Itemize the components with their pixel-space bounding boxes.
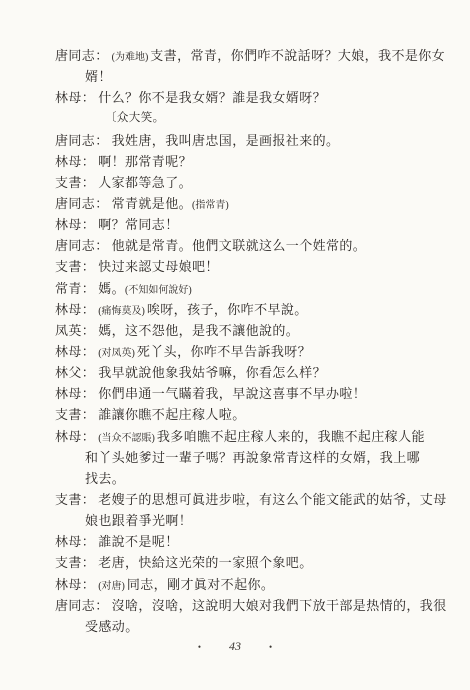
page-number: 43 (229, 639, 241, 654)
speaker-label: 林母： (55, 386, 95, 401)
dialogue-line: 唐同志：沒啥，沒啥，这說明大娘对我們下放干部是热情的，我很 (55, 595, 450, 616)
dialogue-line: 林母：啊？常同志！ (55, 214, 450, 235)
speech-text: 我姓唐，我叫唐忠国，是画报社来的。 (112, 133, 340, 148)
speech-text: 我多咱瞧不起庄稼人来的，我瞧不起庄稼人能 (157, 429, 425, 444)
dialogue-line: 唐同志：常青就是他。(指常青) (55, 193, 450, 214)
speech-text: 死丫头，你咋不早告訴我呀？ (137, 344, 311, 359)
speech-text: 常青就是他。 (112, 196, 192, 211)
stage-direction: (指常青) (192, 200, 229, 211)
speaker-label: 支書： (55, 492, 95, 507)
speaker-label: 唐同志： (55, 598, 109, 613)
speaker-label: 林母： (55, 577, 95, 592)
speaker-label: 支書： (55, 259, 95, 274)
dialogue-line: 支書：老嫂子的思想可眞进步啦，有这么个能文能武的姑爷，丈母 (55, 489, 450, 510)
speech-text: 啊？常同志！ (98, 217, 178, 232)
speech-text: 老唐，快給这光荣的一家照个象吧。 (98, 555, 312, 570)
dialogue-line: 林母：什么？你不是我女婿？誰是我女婿呀？ (55, 87, 450, 108)
stage-direction: (痛悔莫及) (98, 306, 145, 317)
stage-direction: (对凤英) (98, 348, 135, 359)
dialogue-line: 支書：人家都等急了。 (55, 172, 450, 193)
speech-text: 誰說不是呢！ (98, 534, 178, 549)
speech-text: 支書，常青，你們咋不說話呀？大娘，我不是你女 (150, 48, 445, 63)
dialogue-line: 林母：你們串通一气瞞着我，早說这喜事不早办啦！ (55, 383, 450, 404)
dialogue-line: 和丫头她爹过一輩子嗎？再說象常青这样的女婿，我上哪 (55, 447, 450, 468)
speech-text: 他就是常青。他們文联就这么一个姓常的。 (112, 238, 367, 253)
speech-text: 人家都等急了。 (98, 175, 192, 190)
dialogue-line: 娘也跟着爭光啊！ (55, 510, 450, 531)
dialogue-line: 林母：(对唐)同志，剛才眞对不起你。 (55, 574, 450, 595)
speaker-label: 唐同志： (55, 48, 109, 63)
dialogue-line: 支書：老唐，快給这光荣的一家照个象吧。 (55, 552, 450, 573)
speech-text: 媽，这不怨他，是我不讓他說的。 (98, 323, 299, 338)
speaker-label: 林母： (55, 344, 95, 359)
speaker-label: 支書： (55, 555, 95, 570)
dialogue-line: 林母：(当众不認賬)我多咱瞧不起庄稼人来的，我瞧不起庄稼人能 (55, 426, 450, 447)
speech-text: 和丫头她爹过一輩子嗎？再說象常青这样的女婿，我上哪 (85, 450, 420, 465)
speaker-label: 常青： (55, 281, 95, 296)
speech-text: 啊！那常青呢？ (98, 154, 192, 169)
speech-text: 老嫂子的思想可眞进步啦，有这么个能文能武的姑爷，丈母 (98, 492, 446, 507)
speech-text: 〔众大笑。 (105, 112, 165, 124)
dialogue-line: 林父：我早就說他象我姑爷嘛，你看怎么样？ (55, 362, 450, 383)
speaker-label: 林母： (55, 90, 95, 105)
dialogue-line: 受感动。 (55, 616, 450, 637)
speaker-label: 林母： (55, 429, 95, 444)
dialogue-line: 婿！ (55, 66, 450, 87)
speaker-label: 支書： (55, 407, 95, 422)
speech-text: 娘也跟着爭光啊！ (85, 513, 192, 528)
dialogue-line: 找去。 (55, 468, 450, 489)
dialogue-line: 凤英：媽，这不怨他，是我不讓他說的。 (55, 320, 450, 341)
speech-text: 你們串通一气瞞着我，早說这喜事不早办啦！ (98, 386, 366, 401)
dialogue-line: 林母：(对凤英)死丫头，你咋不早告訴我呀？ (55, 341, 450, 362)
speaker-label: 凤英： (55, 323, 95, 338)
page-footer: • 43 • (0, 639, 470, 654)
dialogue-line: 唐同志：他就是常青。他們文联就这么一个姓常的。 (55, 235, 450, 256)
dialogue-line: 唐同志：(为难地)支書，常青，你們咋不說話呀？大娘，我不是你女 (55, 45, 450, 66)
speech-text: 我早就說他象我姑爷嘛，你看怎么样？ (98, 365, 326, 380)
speaker-label: 唐同志： (55, 238, 109, 253)
speech-text: 找去。 (85, 471, 125, 486)
speech-text: 同志，剛才眞对不起你。 (127, 577, 274, 592)
speaker-label: 林母： (55, 154, 95, 169)
stage-direction: (为难地) (112, 52, 149, 63)
stage-direction: (当众不認賬) (98, 433, 155, 444)
speech-text: 唉呀，孩子，你咋不早說。 (147, 302, 308, 317)
speaker-label: 唐同志： (55, 196, 109, 211)
footer-dot-left: • (198, 642, 201, 652)
dialogue-line: 唐同志：我姓唐，我叫唐忠国，是画报社来的。 (55, 130, 450, 151)
script-page: 唐同志：(为难地)支書，常青，你們咋不說話呀？大娘，我不是你女婿！林母：什么？你… (0, 0, 470, 690)
speech-text: 沒啥，沒啥，这說明大娘对我們下放干部是热情的，我很 (112, 598, 447, 613)
dialogue-line: 〔众大笑。 (55, 108, 450, 129)
speaker-label: 林母： (55, 534, 95, 549)
speaker-label: 支書： (55, 175, 95, 190)
stage-direction: (不知如何說好) (125, 285, 192, 296)
speaker-label: 唐同志： (55, 133, 109, 148)
dialogue-line: 林母：(痛悔莫及)唉呀，孩子，你咋不早說。 (55, 299, 450, 320)
dialogue-line: 支書：誰讓你瞧不起庄稼人啦。 (55, 404, 450, 425)
speech-text: 快过来認丈母娘吧！ (98, 259, 219, 274)
dialogue-lines: 唐同志：(为难地)支書，常青，你們咋不說話呀？大娘，我不是你女婿！林母：什么？你… (55, 45, 450, 637)
speech-text: 婿！ (85, 69, 112, 84)
dialogue-line: 林母：誰說不是呢！ (55, 531, 450, 552)
stage-direction: (对唐) (98, 581, 125, 592)
speaker-label: 林母： (55, 217, 95, 232)
footer-dot-right: • (269, 642, 272, 652)
speech-text: 受感动。 (85, 619, 139, 634)
speech-text: 什么？你不是我女婿？誰是我女婿呀？ (98, 90, 326, 105)
dialogue-line: 林母：啊！那常青呢？ (55, 151, 450, 172)
speech-text: 媽。 (98, 281, 125, 296)
dialogue-line: 常青：媽。(不知如何說好) (55, 278, 450, 299)
speaker-label: 林母： (55, 302, 95, 317)
dialogue-line: 支書：快过来認丈母娘吧！ (55, 256, 450, 277)
speech-text: 誰讓你瞧不起庄稼人啦。 (98, 407, 245, 422)
speaker-label: 林父： (55, 365, 95, 380)
